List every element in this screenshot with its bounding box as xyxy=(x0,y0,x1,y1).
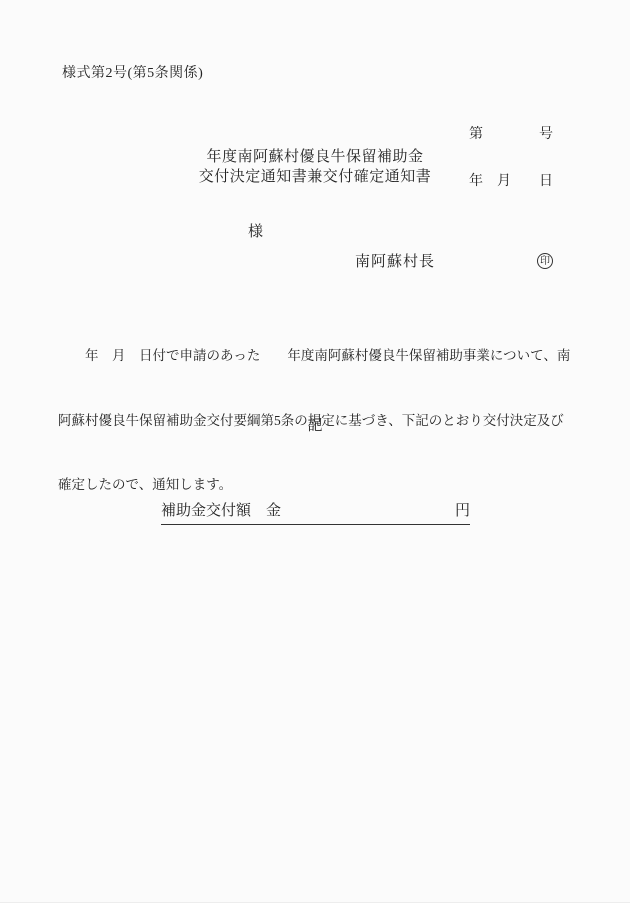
document-page: 様式第2号(第5条関係) 第 号 年 月 日 年度南阿蘇村優良牛保留補助金 交付… xyxy=(0,0,630,903)
body-line-1: 年 月 日付で申請のあった 年度南阿蘇村優良牛保留補助事業について、南 xyxy=(58,345,572,367)
body-line-3: 確定したので、通知します。 xyxy=(58,474,572,496)
sender-row: 南阿蘇村長 印 xyxy=(355,250,553,271)
title-line-2: 交付決定通知書兼交付確定通知書 xyxy=(0,167,630,187)
amount-currency-suffix: 円 xyxy=(455,499,470,520)
form-number: 様式第2号(第5条関係) xyxy=(62,62,203,82)
record-label: 記 xyxy=(0,414,630,435)
doc-number-line: 第 号 xyxy=(469,127,553,143)
amount-line: 補助金交付額 金 円 xyxy=(161,499,470,525)
amount-label: 補助金交付額 xyxy=(161,499,251,520)
sender-name: 南阿蘇村長 xyxy=(355,250,435,271)
document-title: 年度南阿蘇村優良牛保留補助金 交付決定通知書兼交付確定通知書 xyxy=(0,147,630,187)
title-line-1: 年度南阿蘇村優良牛保留補助金 xyxy=(0,147,630,167)
seal-icon: 印 xyxy=(537,253,553,269)
addressee-honorific: 様 xyxy=(248,220,263,241)
amount-currency-prefix: 金 xyxy=(266,499,281,520)
